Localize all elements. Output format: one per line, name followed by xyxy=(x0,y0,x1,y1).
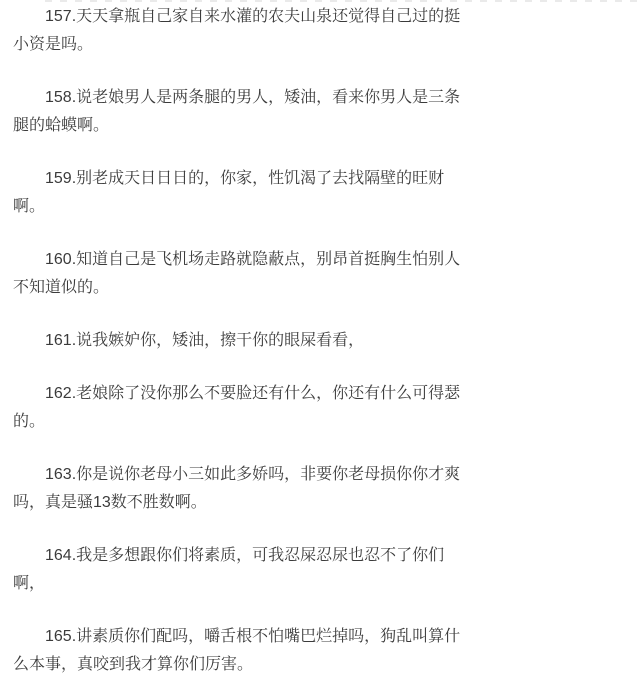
paragraph-163: 163.你是说你老母小三如此多娇吗，非要你老母损你你才爽 吗，真是骚13数不胜数… xyxy=(13,461,622,517)
paragraph-line: 159.别老成天日日日的，你家，性饥渴了去找隔壁的旺财 xyxy=(13,165,622,193)
paragraph-165: 165.讲素质你们配吗，嚼舌根不怕嘴巴烂掉吗，狗乱叫算什 么本事，真咬到我才算你… xyxy=(13,623,622,679)
paragraph-line: 不知道似的。 xyxy=(13,274,622,302)
article-text-page: 157.天天拿瓶自己家自来水灌的农夫山泉还觉得自己过的挺 小资是吗。 158.说… xyxy=(0,0,640,681)
paragraph-line: 162.老娘除了没你那么不要脸还有什么，你还有什么可得瑟 xyxy=(13,380,622,408)
paragraph-line: 小资是吗。 xyxy=(13,31,622,59)
paragraph-line: 164.我是多想跟你们将素质，可我忍屎忍尿也忍不了你们 xyxy=(13,542,622,570)
paragraph-161: 161.说我嫉妒你，矮油，擦干你的眼屎看看， xyxy=(13,327,622,355)
paragraph-line: 160.知道自己是飞机场走路就隐蔽点，别昂首挺胸生怕别人 xyxy=(13,246,622,274)
paragraph-line: 157.天天拿瓶自己家自来水灌的农夫山泉还觉得自己过的挺 xyxy=(13,3,622,31)
paragraph-line: 腿的蛤蟆啊。 xyxy=(13,112,622,140)
clipped-previous-line-remnant xyxy=(45,0,638,2)
paragraph-line: 啊， xyxy=(13,570,622,598)
paragraph-158: 158.说老娘男人是两条腿的男人，矮油，看来你男人是三条 腿的蛤蟆啊。 xyxy=(13,84,622,140)
paragraph-line: 165.讲素质你们配吗，嚼舌根不怕嘴巴烂掉吗，狗乱叫算什 xyxy=(13,623,622,651)
paragraph-line: 啊。 xyxy=(13,193,622,221)
paragraph-157: 157.天天拿瓶自己家自来水灌的农夫山泉还觉得自己过的挺 小资是吗。 xyxy=(13,3,622,59)
paragraph-line: 158.说老娘男人是两条腿的男人，矮油，看来你男人是三条 xyxy=(13,84,622,112)
paragraph-line: 的。 xyxy=(13,408,622,436)
paragraph-line: 161.说我嫉妒你，矮油，擦干你的眼屎看看， xyxy=(13,327,622,355)
paragraph-159: 159.别老成天日日日的，你家，性饥渴了去找隔壁的旺财 啊。 xyxy=(13,165,622,221)
paragraph-line: 163.你是说你老母小三如此多娇吗，非要你老母损你你才爽 xyxy=(13,461,622,489)
paragraph-160: 160.知道自己是飞机场走路就隐蔽点，别昂首挺胸生怕别人 不知道似的。 xyxy=(13,246,622,302)
paragraph-line: 么本事，真咬到我才算你们厉害。 xyxy=(13,651,622,679)
paragraph-164: 164.我是多想跟你们将素质，可我忍屎忍尿也忍不了你们 啊， xyxy=(13,542,622,598)
paragraph-162: 162.老娘除了没你那么不要脸还有什么，你还有什么可得瑟 的。 xyxy=(13,380,622,436)
paragraph-line: 吗，真是骚13数不胜数啊。 xyxy=(13,489,622,517)
